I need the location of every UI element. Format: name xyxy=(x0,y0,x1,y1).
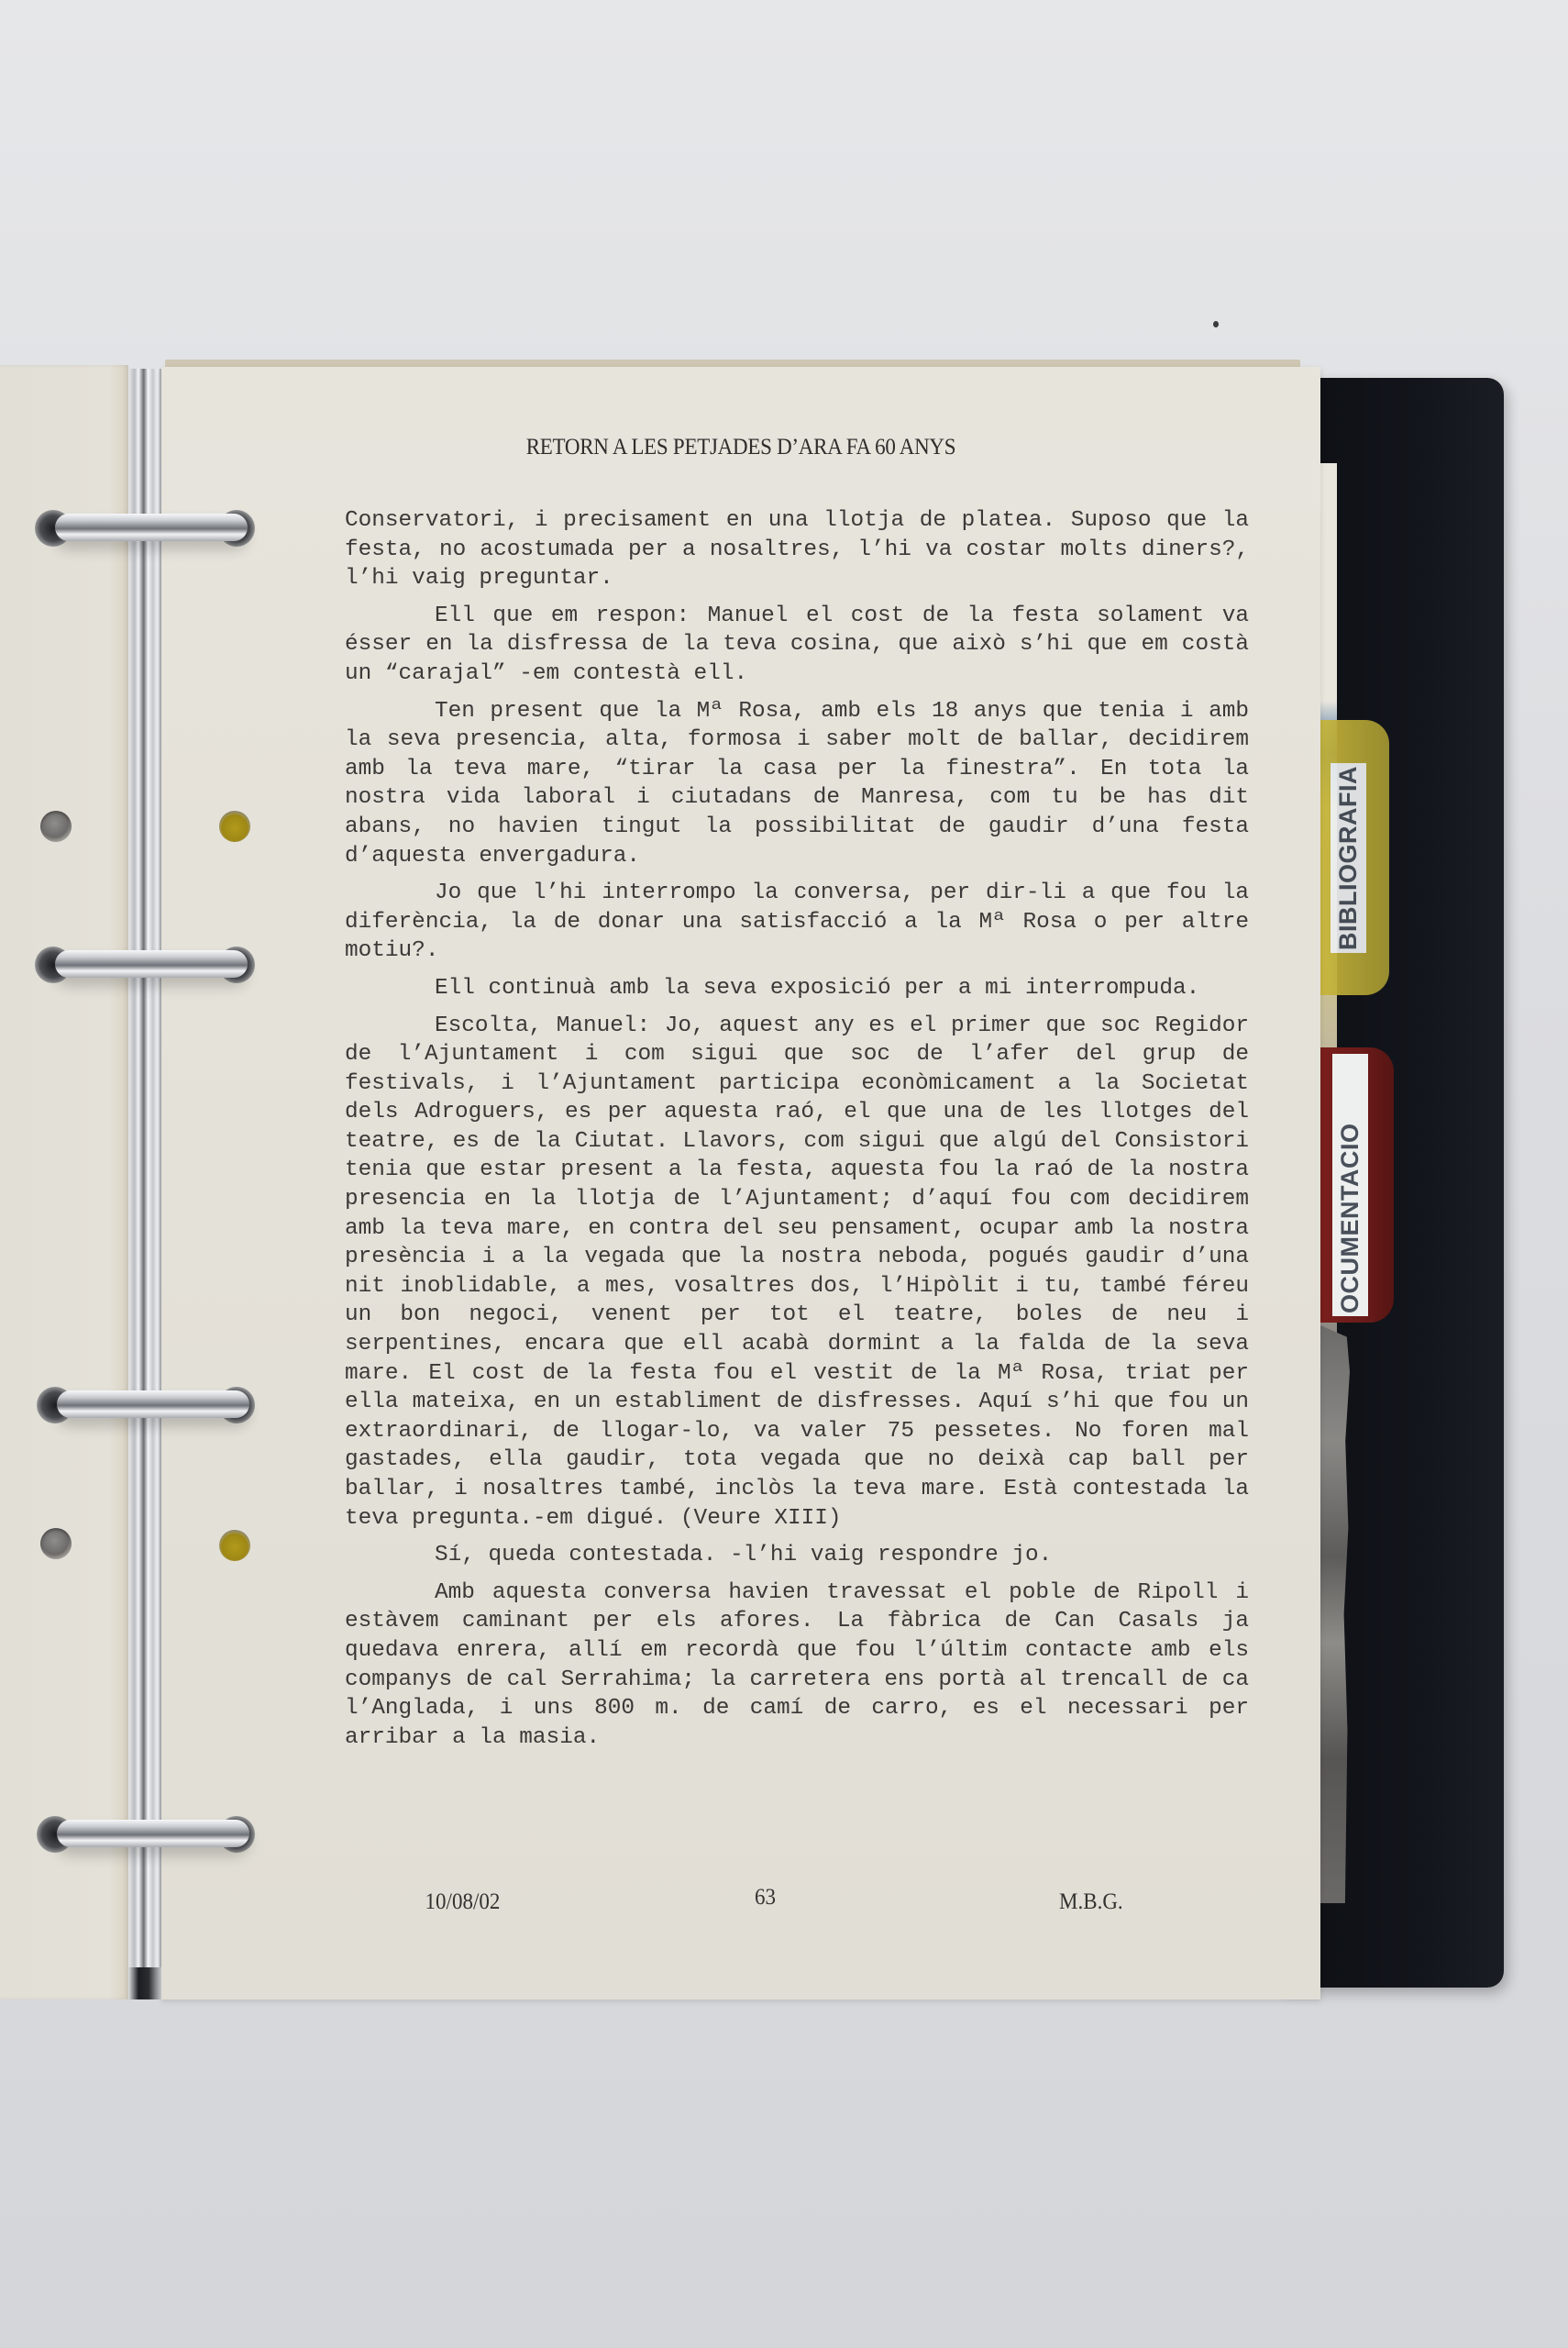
paragraph: Jo que l’hi interrompo la conversa, per … xyxy=(345,879,1249,966)
left-page[interactable] xyxy=(0,365,128,1999)
body-text: Conservatori, i precisament en una llotj… xyxy=(345,506,1249,1760)
dust-speck xyxy=(1213,321,1219,327)
paragraph: Amb aquesta conversa havien travessat el… xyxy=(345,1578,1249,1753)
tab-documentacio[interactable]: OCUMENTACIO xyxy=(1320,1047,1394,1323)
binder-ring[interactable] xyxy=(55,514,248,541)
binder-ring[interactable] xyxy=(55,950,248,978)
paragraph: Escolta, Manuel: Jo, aquest any es el pr… xyxy=(345,1012,1249,1534)
paragraph: Ten present que la Mª Rosa, amb els 18 a… xyxy=(345,697,1249,871)
page-number: 63 xyxy=(755,1885,776,1911)
punch-hole-right xyxy=(219,811,250,842)
footer-date: 10/08/02 xyxy=(425,1889,501,1915)
binder-ring[interactable] xyxy=(57,1390,249,1418)
footer-author: M.B.G. xyxy=(1059,1889,1123,1915)
binder-ring[interactable] xyxy=(57,1820,249,1847)
paragraph: Conservatori, i precisament en una llotj… xyxy=(345,506,1249,593)
paragraph: Ell continuà amb la seva exposició per a… xyxy=(345,974,1249,1003)
tab-bibliografia-label: BIBLIOGRAFIA xyxy=(1331,763,1366,953)
punch-hole-left xyxy=(40,1528,72,1559)
paragraph: Sí, queda contestada. -l’hi vaig respond… xyxy=(345,1541,1249,1570)
paragraph: Ell que em respon: Manuel el cost de la … xyxy=(345,602,1249,689)
running-head: RETORN A LES PETJADES D’ARA FA 60 ANYS xyxy=(208,435,1275,460)
ring-binder-spine xyxy=(128,369,162,1997)
punch-hole-right xyxy=(219,1530,250,1561)
ring-binder-spine-end xyxy=(128,1967,162,1999)
tab-documentacio-label: OCUMENTACIO xyxy=(1332,1054,1368,1316)
tab-bibliografia[interactable]: BIBLIOGRAFIA xyxy=(1320,720,1389,995)
punch-hole-left xyxy=(40,811,72,842)
